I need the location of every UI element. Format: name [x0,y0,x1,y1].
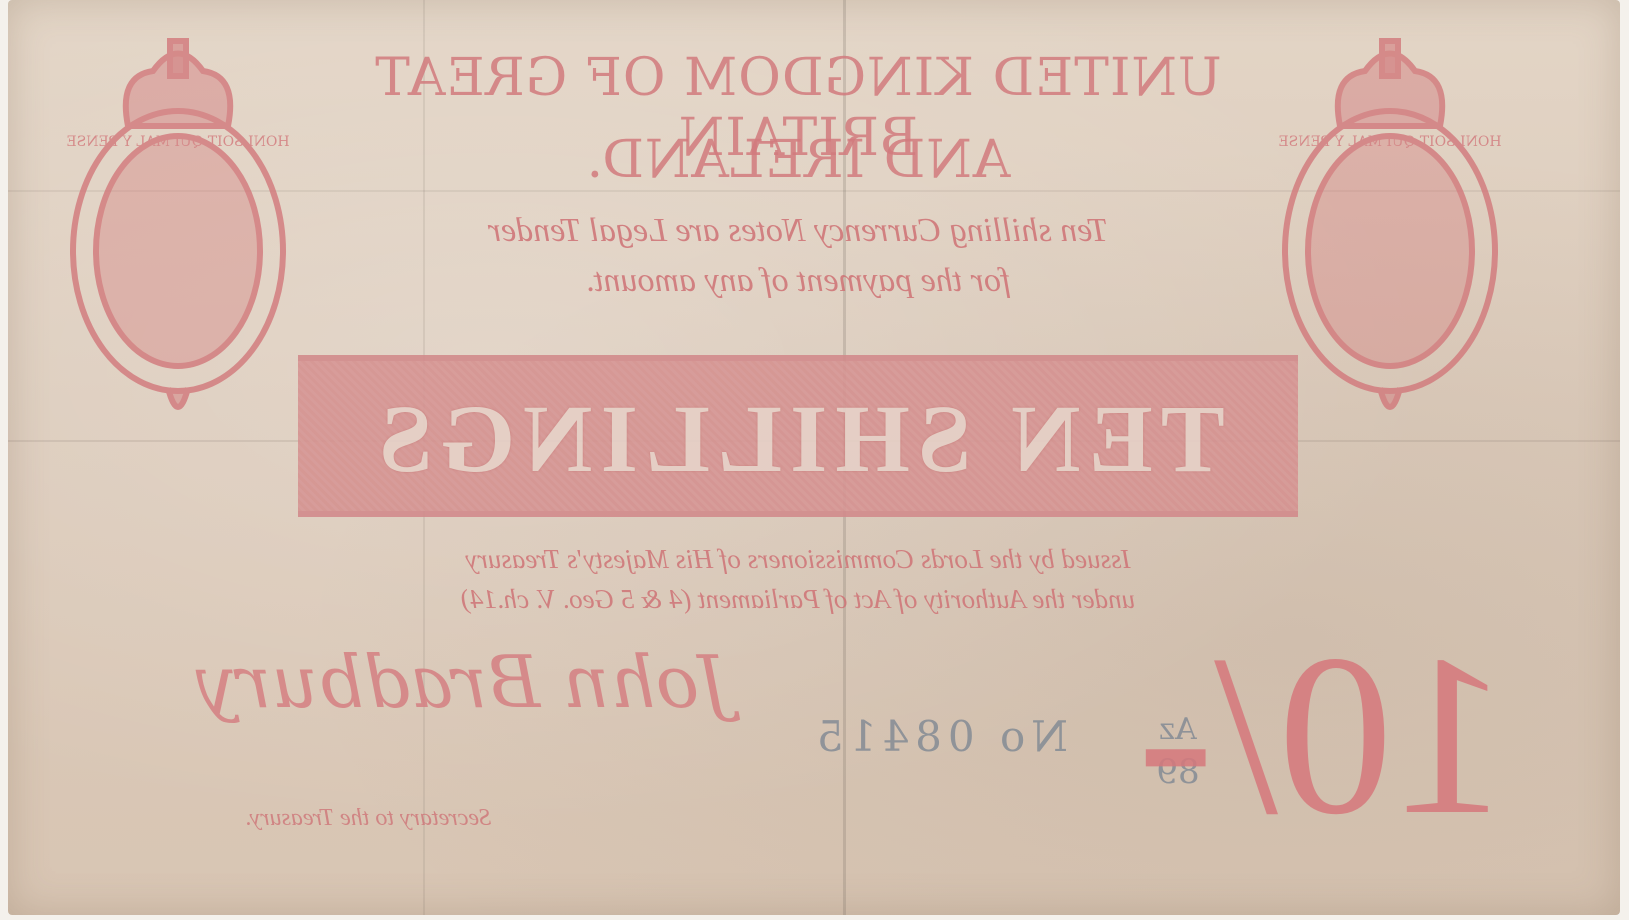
signature-title: Secretary to the Treasury. [128,805,608,832]
legal-tender-line-1: Ten shilling Currency Notes are Legal Te… [288,212,1308,250]
svg-text:HONI SOIT QUI MAL Y PENSE: HONI SOIT QUI MAL Y PENSE [66,134,289,150]
signature: John Bradbury [168,640,728,780]
issued-by-line-1: Issued by the Lords Commissioners of His… [248,544,1348,575]
title-line-2: AND IRELAND. [278,130,1318,190]
denomination-panel: TEN SHILLINGS [298,355,1298,517]
royal-seal-left-icon: HONI SOIT QUI MAL Y PENSE [58,36,298,426]
denomination-figure: 10/- [1248,620,1508,860]
serial-number: No 08415 [728,712,1068,761]
legal-tender-line-2: for the payment of any amount. [288,262,1308,300]
denomination-words: TEN SHILLINGS [298,383,1298,494]
banknote: HONI SOIT QUI MAL Y PENSE HONI SOIT QUI … [8,0,1620,915]
